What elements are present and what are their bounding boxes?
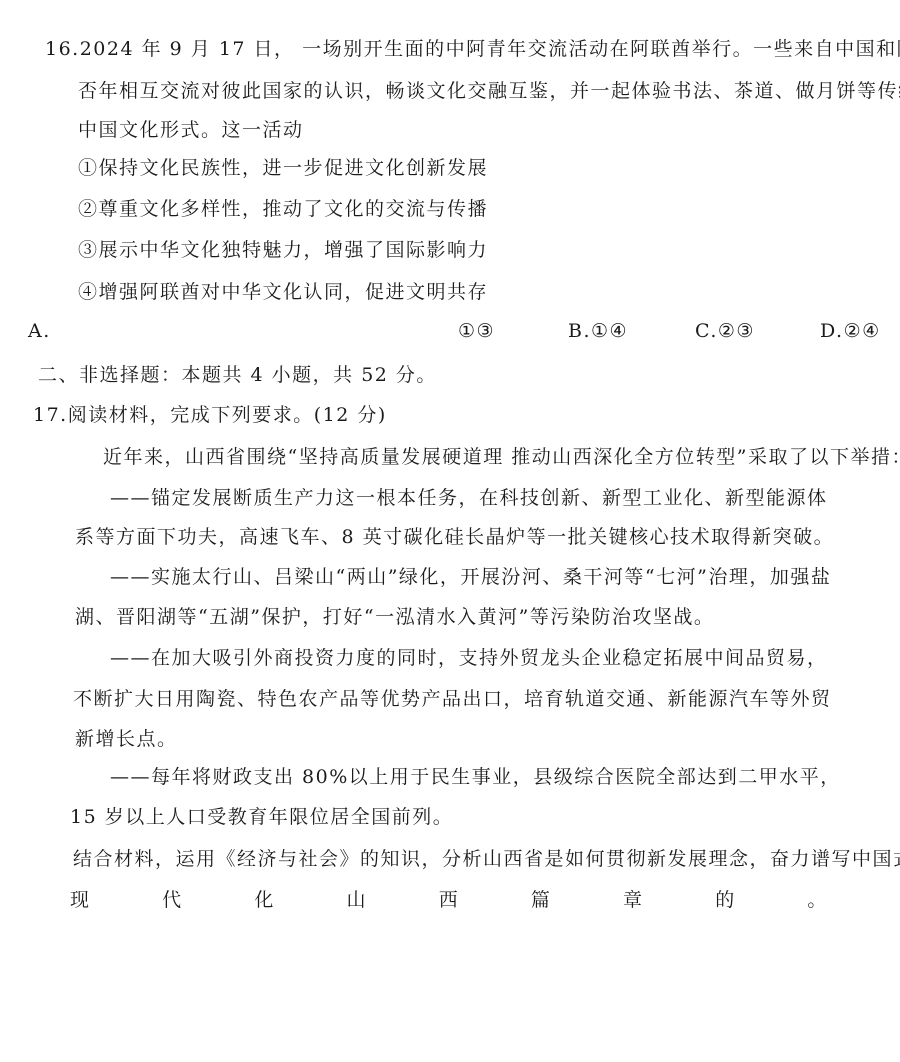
q17-task-line-1: 结合材料，运用《经济与社会》的知识，分析山西省是如何贯彻新发展理念，奋力谱写中国… — [73, 846, 900, 872]
q16-option-4: ④增强阿联酋对中华文化认同，促进文明共存 — [78, 279, 488, 305]
q16-choice-a-label: A. — [28, 318, 51, 344]
exam-page: 16.2024 年 9 月 17 日， 一场别开生面的中阿青年交流活动在阿联酋举… — [0, 0, 900, 1062]
q17-measure3-line-1: ——在加大吸引外商投资力度的同时，支持外贸龙头企业稳定拓展中间品贸易， — [110, 645, 828, 671]
task-char: 现 — [70, 887, 91, 913]
q17-measure1-line-2: 系等方面下功夫，高速飞车、8 英寸碳化硅长晶炉等一批关键核心技术取得新突破。 — [75, 524, 834, 550]
q17-measure3-line-3: 新增长点。 — [75, 726, 178, 752]
q16-stem-line-3: 中国文化形式。这一活动 — [78, 117, 304, 143]
task-char: 西 — [439, 887, 460, 913]
q17-task-line-2: 现 代 化 山 西 篇 章 的 。 — [70, 887, 828, 913]
q17-title: 17.阅读材料，完成下列要求。(12 分) — [33, 402, 387, 428]
q17-measure2-line-2: 湖、晋阳湖等“五湖”保护，打好“一泓清水入黄河”等污染防治攻坚战。 — [75, 604, 714, 630]
task-char: 篇 — [531, 887, 552, 913]
q16-choice-row: A. ①③ B.①④ C.②③ D.②④ — [0, 318, 900, 348]
q17-measure4-line-2: 15 岁以上人口受教育年限位居全国前列。 — [70, 804, 453, 830]
task-char: 山 — [347, 887, 368, 913]
q16-option-1: ①保持文化民族性，进一步促进文化创新发展 — [78, 155, 488, 181]
task-char: 的 — [715, 887, 736, 913]
section2-heading: 二、非选择题：本题共 4 小题，共 52 分。 — [38, 362, 437, 388]
q17-measure4-line-1: ——每年将财政支出 80%以上用于民生事业，县级综合医院全部达到二甲水平， — [110, 764, 841, 790]
q16-stem-line-1: 16.2024 年 9 月 17 日， 一场别开生面的中阿青年交流活动在阿联酋举… — [45, 36, 900, 62]
q16-stem-line-2: 否年相互交流对彼此国家的认识，畅谈文化交融互鉴，并一起体验书法、茶道、做月饼等传… — [78, 78, 900, 104]
q17-measure3-line-2: 不断扩大日用陶瓷、特色农产品等优势产品出口，培育轨道交通、新能源汽车等外贸 — [73, 686, 832, 712]
q16-option-3: ③展示中华文化独特魅力，增强了国际影响力 — [78, 237, 488, 263]
q16-choice-a-pair: ①③ — [458, 318, 495, 344]
task-char: 章 — [623, 887, 644, 913]
q16-choice-b: B.①④ — [568, 318, 628, 344]
q16-option-2: ②尊重文化多样性，推动了文化的交流与传播 — [78, 196, 488, 222]
q16-choice-d: D.②④ — [820, 318, 881, 344]
q17-measure1-line-1: ——锚定发展断质生产力这一根本任务，在科技创新、新型工业化、新型能源体 — [110, 485, 828, 511]
task-char: 。 — [807, 887, 828, 913]
q17-intro: 近年来，山西省围绕“坚持高质量发展硬道理 推动山西深化全方位转型”采取了以下举措… — [103, 444, 900, 470]
q17-measure2-line-1: ——实施太行山、吕梁山“两山”绿化，开展汾河、桑干河等“七河”治理，加强盐 — [110, 564, 831, 590]
task-char: 化 — [254, 887, 275, 913]
q16-choice-c: C.②③ — [695, 318, 755, 344]
task-char: 代 — [162, 887, 183, 913]
